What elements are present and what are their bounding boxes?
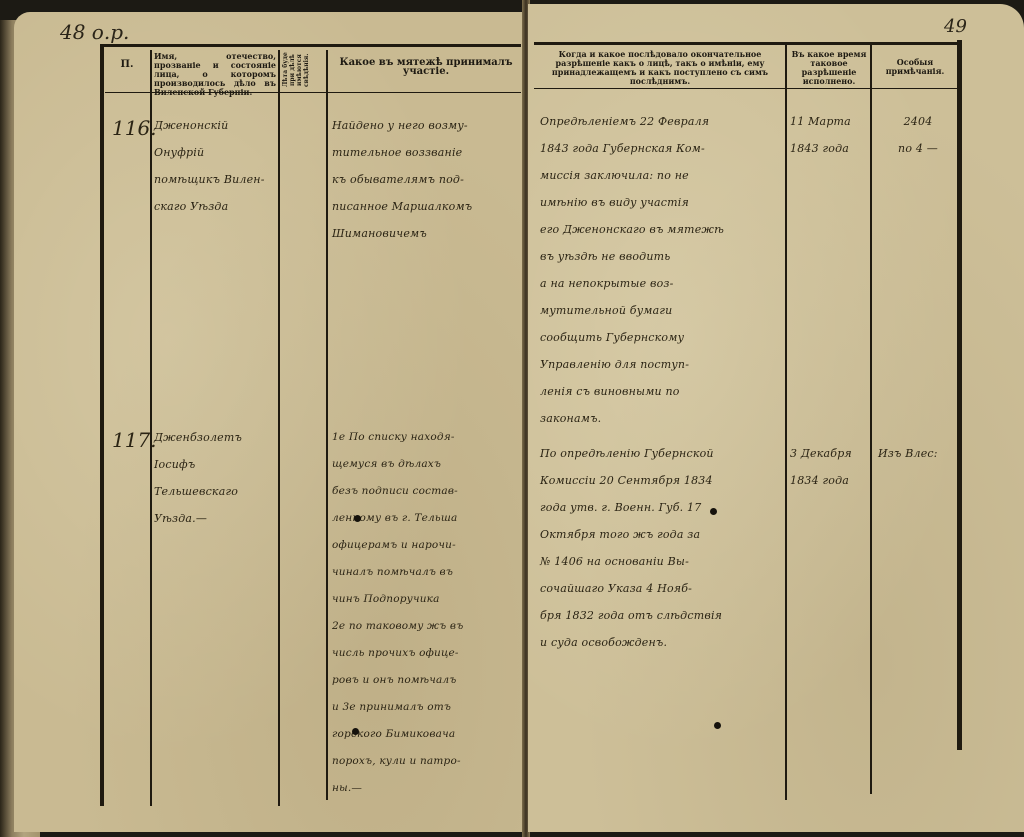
header-top-rule (534, 42, 958, 45)
ledger-spread: 48 о.р. П. Имя, отечество, прозваніе и с… (0, 0, 1024, 837)
ink-spot (352, 728, 359, 735)
entry-notes: Изъ Влес: (878, 440, 956, 467)
ink-spot (714, 722, 721, 729)
page-mark-left: 48 о.р. (60, 20, 129, 44)
col-rule (278, 50, 280, 806)
entry-executed: 11 Марта 1843 года (790, 108, 870, 162)
entry-executed: 3 Декабря 1834 года (790, 440, 870, 494)
entry-number: 117. (112, 428, 157, 452)
header-name: Имя, отечество, прозваніе и состояніе ли… (154, 52, 276, 97)
right-border-rule (957, 40, 962, 750)
header-executed: Въ какое время таковое разрѣшеніе исполн… (788, 50, 870, 86)
ink-spot (354, 515, 361, 522)
col-rule (870, 44, 872, 794)
entry-participation: Найдено у него возму- тительное воззвані… (332, 112, 522, 247)
header-resolution: Когда и какое послѣдовало окончательное … (536, 50, 784, 86)
entry-number: 116. (112, 116, 157, 140)
entry-notes: 2404 по 4 — (880, 108, 956, 162)
left-border-rule (100, 44, 104, 806)
entry-resolution: По опредѣленію Губернской Комиссіи 20 Се… (540, 440, 786, 656)
header-number: П. (106, 60, 148, 69)
entry-name: Дженонскій Онуфрій помѣщикъ Вилен- скаго… (154, 112, 278, 220)
col-rule (326, 50, 328, 800)
header-years: Лѣта буде при дѣлѣ имѣются свѣдѣнія. (282, 50, 322, 90)
header-notes: Особыя примѣчанія. (873, 58, 957, 76)
header-top-rule (101, 44, 521, 47)
entry-participation: 1е По списку находя- щемуся въ дѣлахъ бе… (332, 424, 522, 802)
entry-resolution: Опредѣленіемъ 22 Февраля 1843 года Губер… (540, 108, 786, 432)
header-participation: Какое въ мятежѣ принималъ участіе. (332, 58, 520, 76)
entry-name: Дженбзолетъ Іосифъ Тельшевскаго Уѣзда.— (154, 424, 278, 532)
header-bottom-rule (534, 88, 958, 89)
page-number-right: 49 (944, 16, 967, 37)
ink-spot (710, 508, 717, 515)
